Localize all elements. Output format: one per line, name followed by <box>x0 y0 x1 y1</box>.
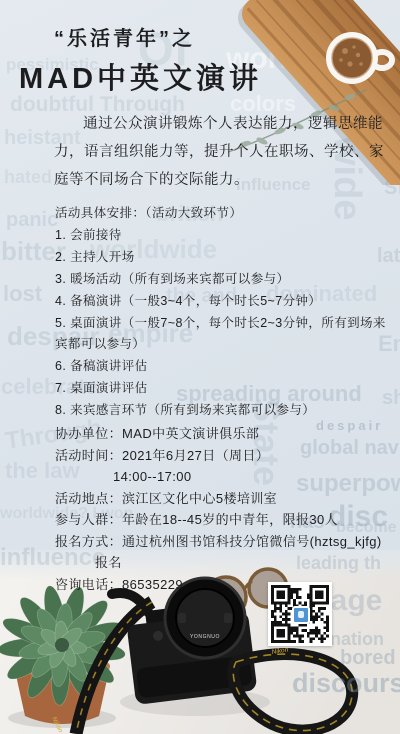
info-value: 报名 <box>95 555 122 570</box>
qr-center-logo <box>292 606 310 624</box>
info-row-location: 活动地点：滨江区文化中心5楼培训室 <box>55 488 394 510</box>
schedule-heading: 活动具体安排：（活动大致环节） <box>55 203 392 225</box>
info-value: MAD中英文演讲俱乐部 <box>122 426 259 441</box>
info-row-phone: 咨询电话：86535229 <box>55 574 394 596</box>
wechat-qr-code <box>268 582 332 646</box>
info-value: 14:00--17:00 <box>113 469 192 484</box>
event-poster: pessimisticOfworldcolorsdoubtful Through… <box>0 0 400 734</box>
info-label: 报名方式： <box>55 534 122 549</box>
schedule-item: 6. 备稿演讲评估 <box>55 356 392 378</box>
intro-paragraph: 通过公众演讲锻炼个人表达能力，逻辑思维能力，语言组织能力等，提升个人在职场、学校… <box>54 110 386 194</box>
info-section: 协办单位：MAD中英文演讲俱乐部 活动时间：2021年6月27日（周日） 14:… <box>55 423 394 595</box>
info-row-registration-cont: 报名 <box>95 552 394 574</box>
info-label: 咨询电话： <box>55 577 122 592</box>
poster-title: MAD中英文演讲 <box>19 56 262 97</box>
schedule-item: 2. 主持人开场 <box>55 247 392 269</box>
info-value: 滨江区文化中心5楼培训室 <box>122 491 277 506</box>
schedule-item: 1. 会前接待 <box>55 225 392 247</box>
info-label: 协办单位： <box>55 426 122 441</box>
info-value: 通过杭州图书馆科技分馆微信号(hztsg_kjfg) <box>122 534 382 549</box>
info-value: 86535229 <box>122 577 183 592</box>
poster-content: “乐活青年”之 MAD中英文演讲 通过公众演讲锻炼个人表达能力，逻辑思维能力，语… <box>0 0 400 734</box>
schedule-item: 3. 暖场活动（所有到场来宾都可以参与） <box>55 269 392 291</box>
schedule-section: 活动具体安排：（活动大致环节） 1. 会前接待 2. 主持人开场 3. 暖场活动… <box>55 203 392 422</box>
info-label: 活动时间： <box>55 448 122 463</box>
schedule-item: 7. 桌面演讲评估 <box>55 378 392 400</box>
info-row-organizer: 协办单位：MAD中英文演讲俱乐部 <box>55 423 394 445</box>
schedule-item: 5. 桌面演讲（一般7~8个，每个时长2~3分钟，所有到场来宾都可以参与） <box>55 313 392 357</box>
schedule-item: 8. 来宾感言环节（所有到场来宾都可以参与） <box>55 400 392 422</box>
info-row-registration: 报名方式：通过杭州图书馆科技分馆微信号(hztsg_kjfg) <box>55 531 394 553</box>
info-row-audience: 参与人群：年龄在18--45岁的中青年，限报30人 <box>55 509 394 531</box>
info-label: 参与人群： <box>55 512 122 527</box>
info-row-time-range: 14:00--17:00 <box>113 466 394 488</box>
info-value: 年龄在18--45岁的中青年，限报30人 <box>122 512 338 527</box>
poster-subtitle: “乐活青年”之 <box>54 22 195 51</box>
schedule-item: 4. 备稿演讲（一般3~4个，每个时长5~7分钟） <box>55 291 392 313</box>
info-row-time: 活动时间：2021年6月27日（周日） <box>55 445 394 467</box>
info-value: 2021年6月27日（周日） <box>122 448 269 463</box>
info-label: 活动地点： <box>55 491 122 506</box>
